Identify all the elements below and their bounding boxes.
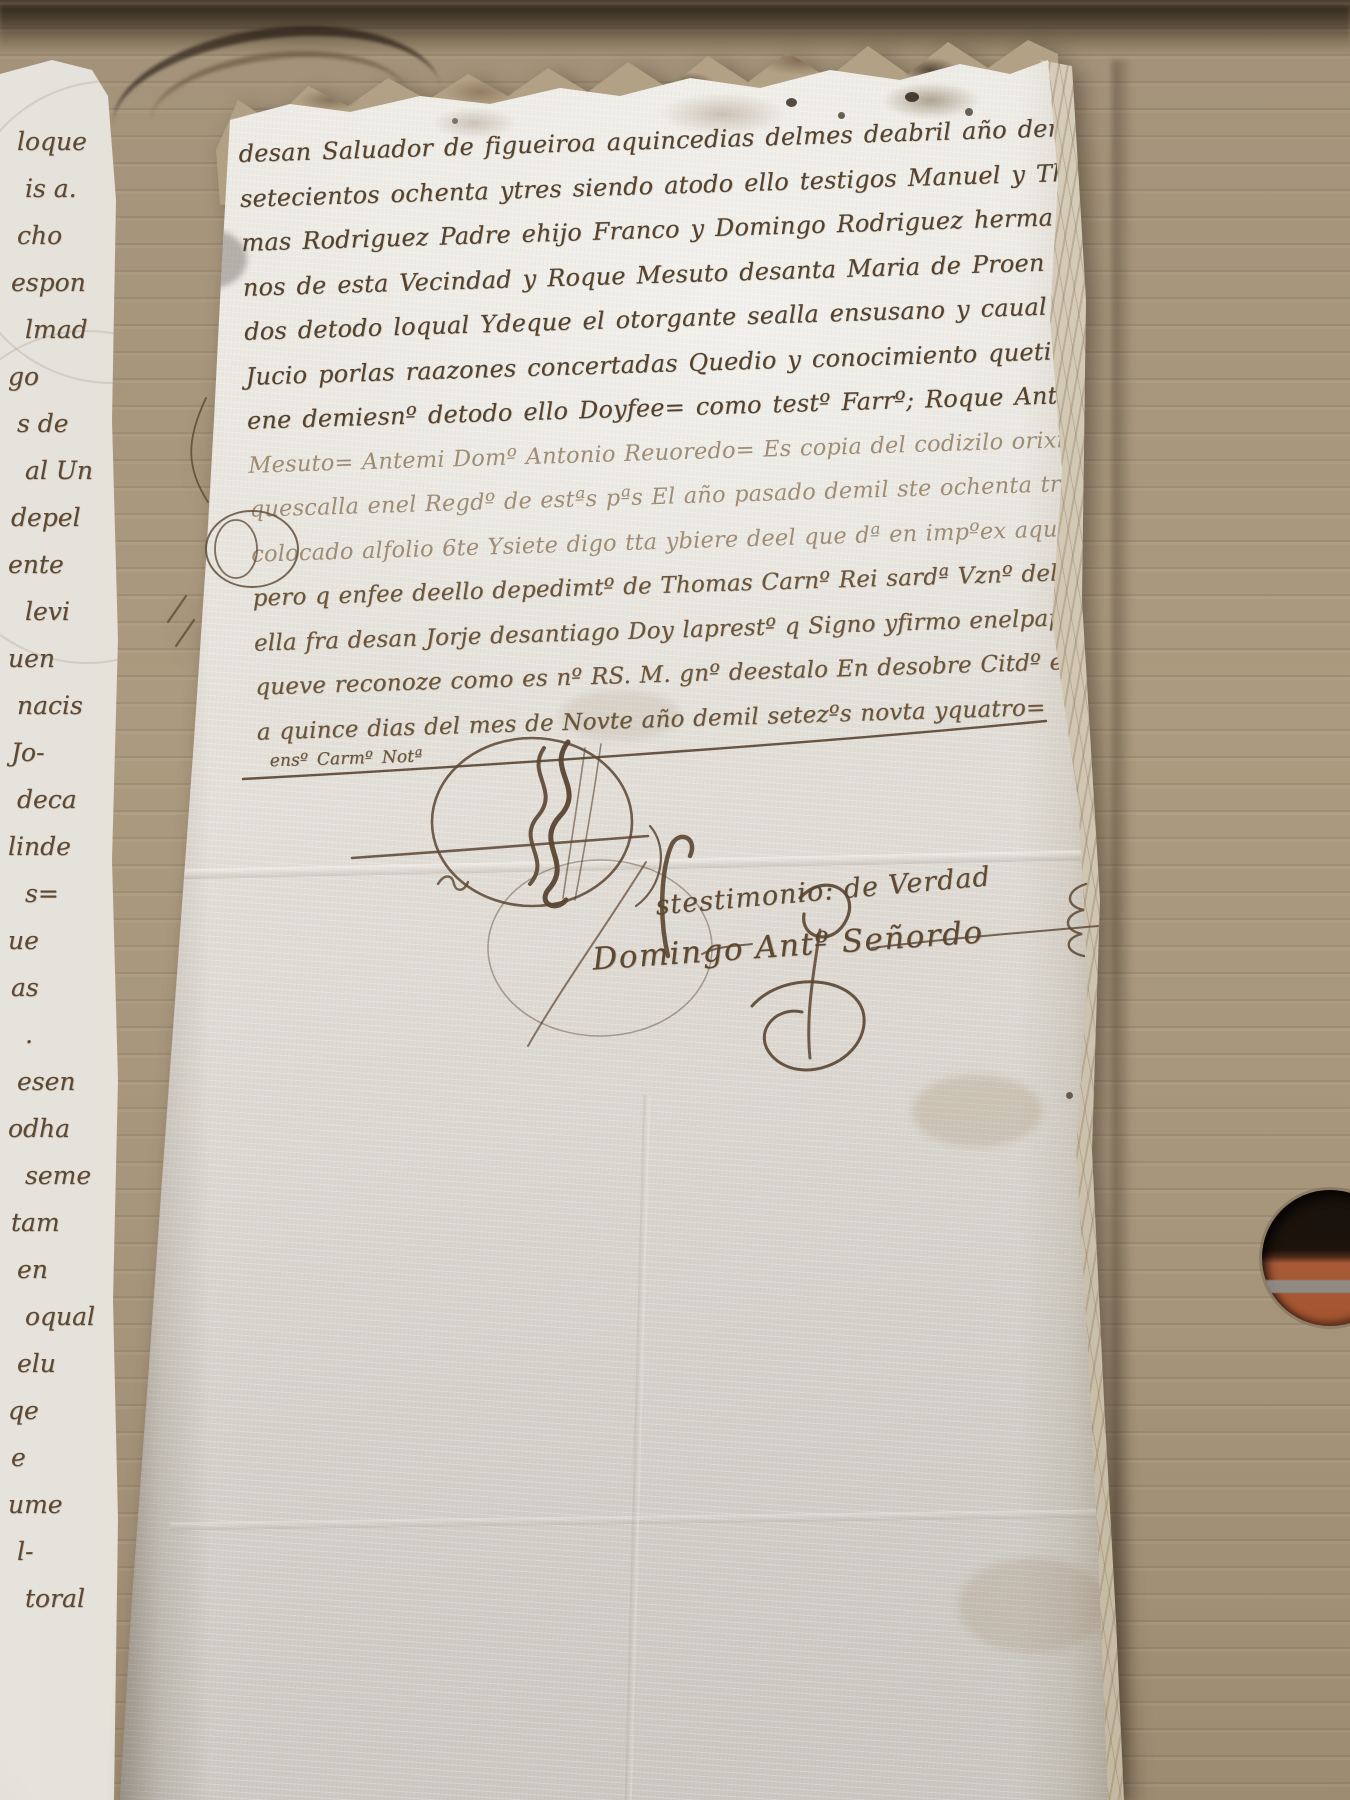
debris-speck xyxy=(1071,1120,1076,1126)
margin-brace xyxy=(191,398,208,502)
stain xyxy=(912,1075,1042,1147)
attestation-text: stestimonio: de Verdad xyxy=(654,861,992,921)
main-page-group: desan Saluador de figueiroa aquincedias … xyxy=(0,0,1350,1800)
manuscript-text-block: desan Saluador de figueiroa aquincedias … xyxy=(238,108,1082,781)
wormhole xyxy=(146,1136,156,1149)
debris-speck xyxy=(786,98,797,107)
notary-signature: Domingo Antº Señordo xyxy=(591,914,984,977)
photo-scene: loqueis a.choesponlmadgos deal Undepelen… xyxy=(0,0,1350,1800)
debris-speck xyxy=(1066,1092,1073,1099)
debris-speck xyxy=(452,118,458,124)
debris-speck xyxy=(905,92,919,102)
vertical-crease xyxy=(625,1095,650,1800)
ink-smudge xyxy=(175,230,247,288)
main-page: desan Saluador de figueiroa aquincedias … xyxy=(0,0,1350,1800)
margin-slash xyxy=(168,596,186,622)
margin-slash xyxy=(176,620,194,646)
stain xyxy=(958,1558,1108,1653)
